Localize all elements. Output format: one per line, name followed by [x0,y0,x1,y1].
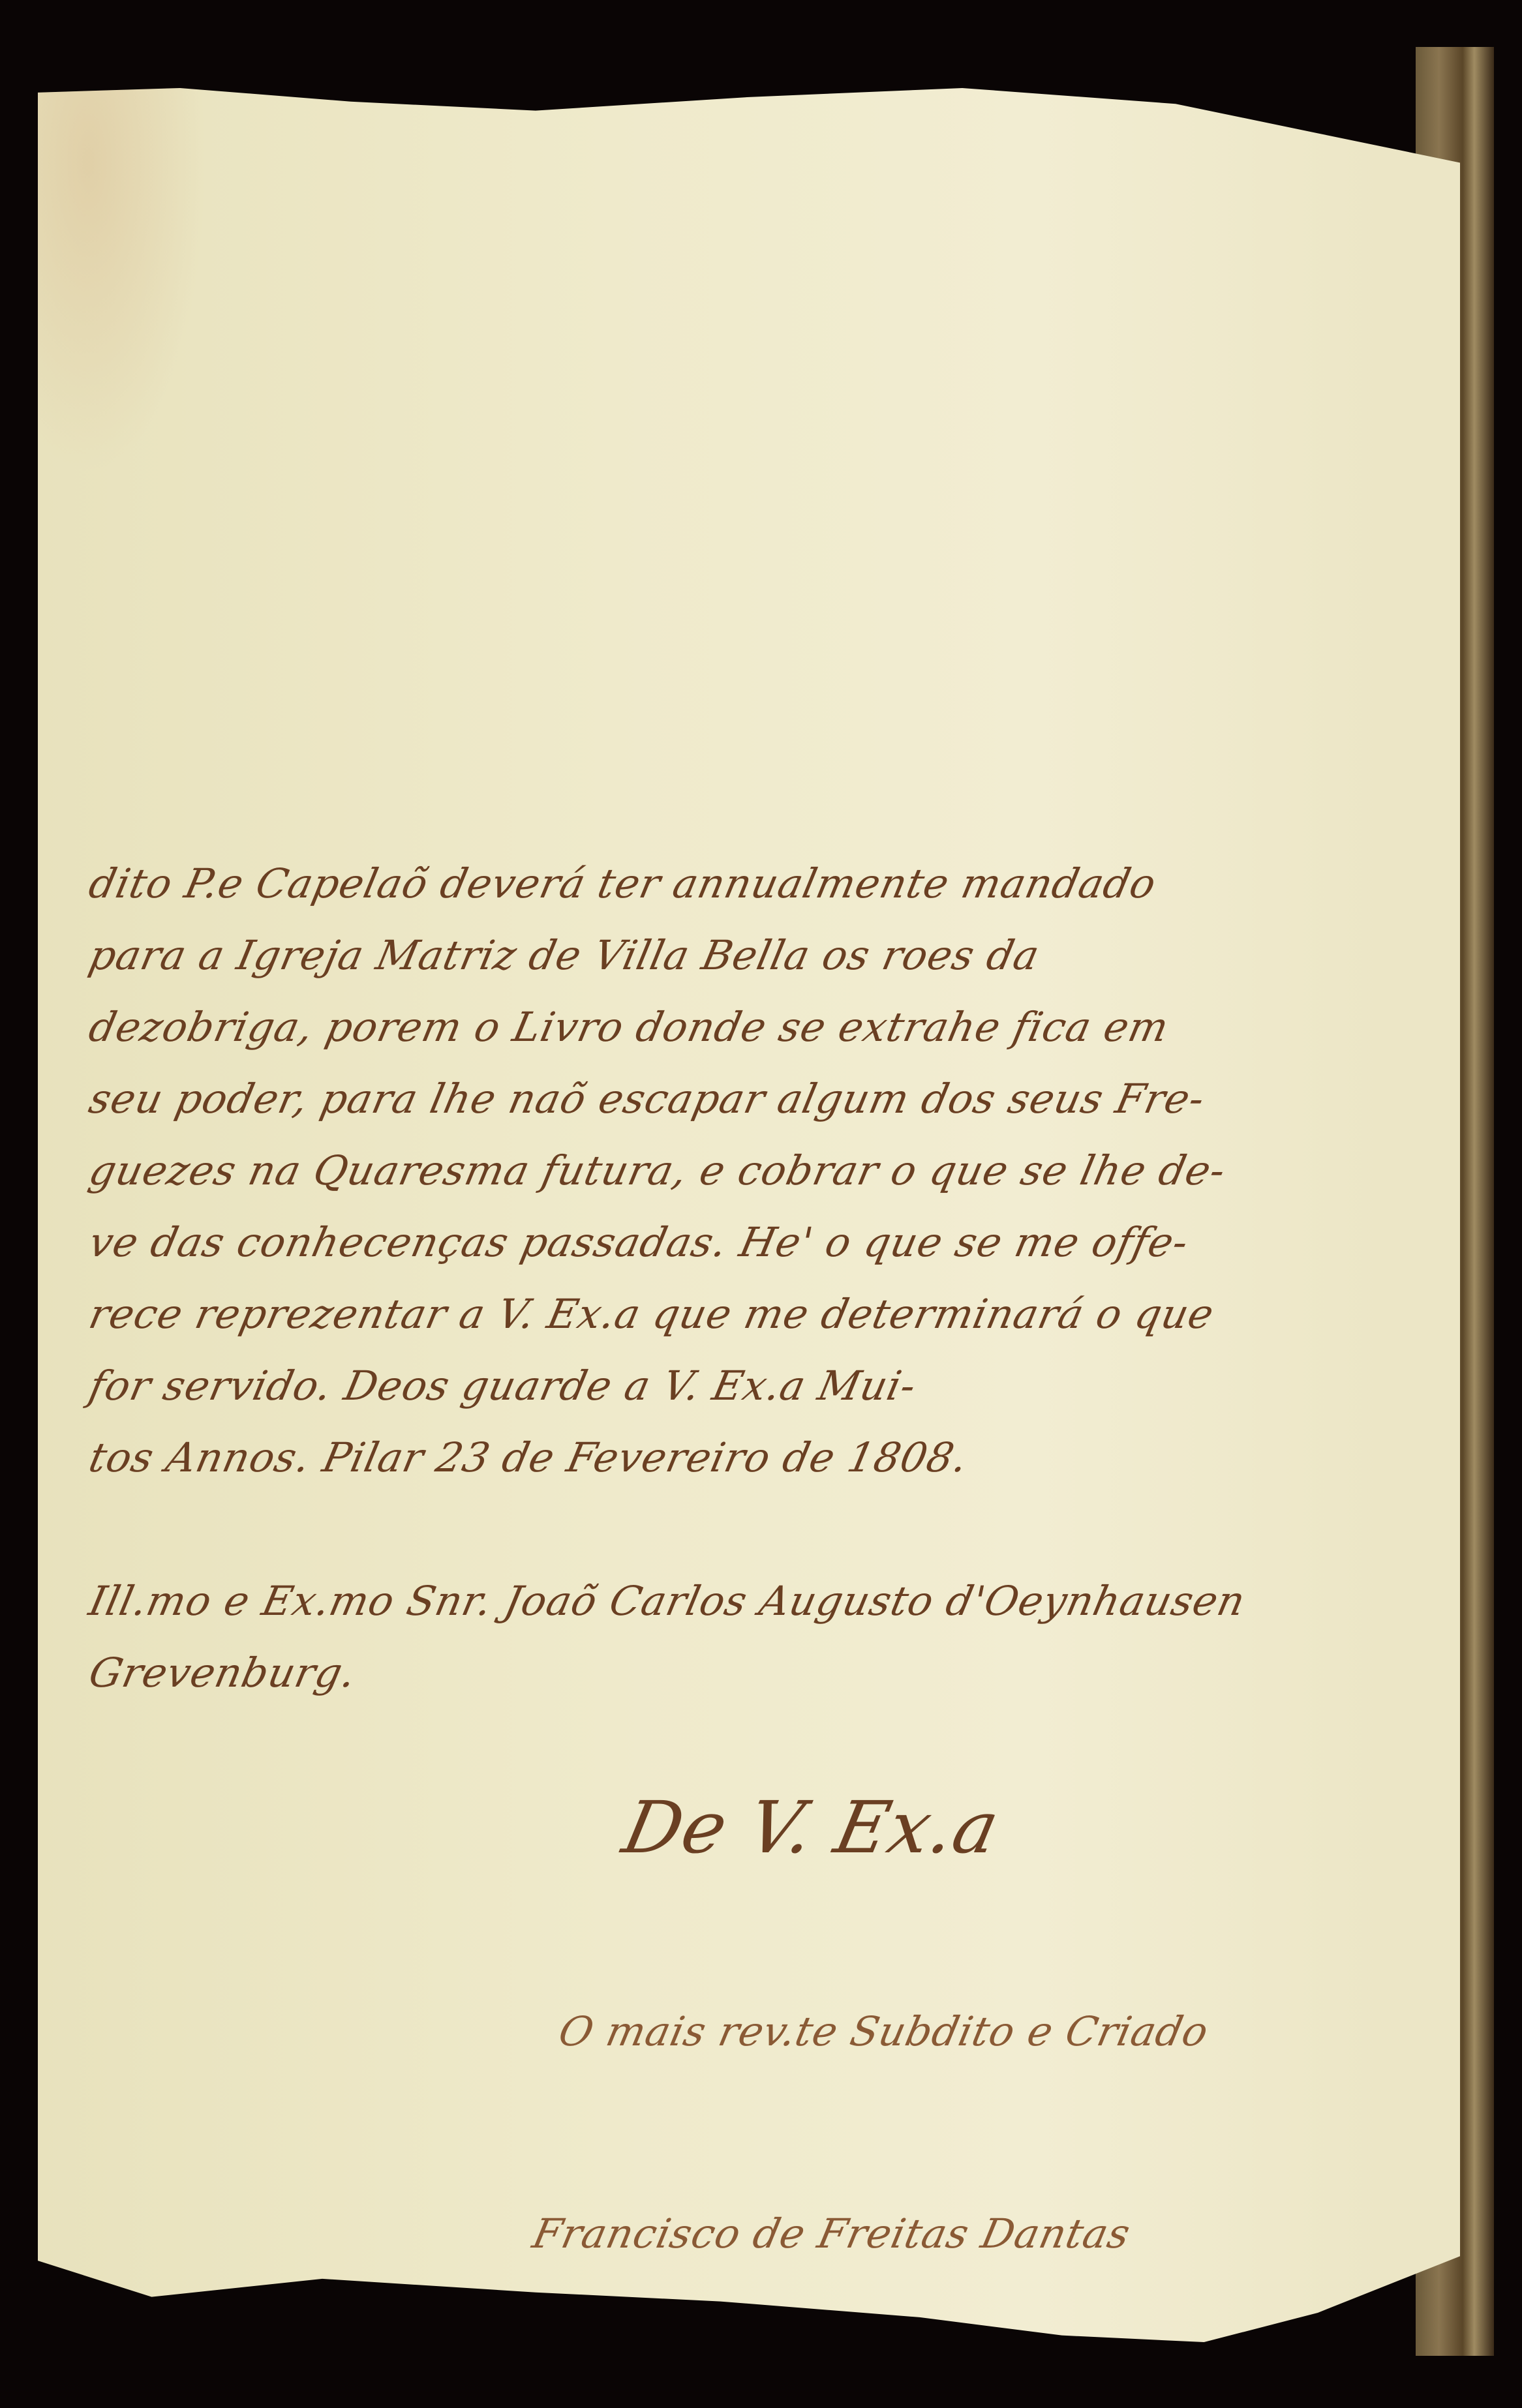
signature: Francisco de Freitas Dantas [528,2210,1134,2257]
body-line-3: dezobriga, porem o Livro donde se extrah… [85,1003,1173,1051]
manuscript-page: dito P.e Capelaõ deverá ter annualmente … [38,83,1460,2347]
body-line-9-date: tos Annos. Pilar 23 de Fevereiro de 1808… [85,1434,972,1481]
closing-phrase: O mais rev.te Subdito e Criado [555,2008,1213,2055]
body-line-8: for servido. Deos guarde a V. Ex.a Mui- [85,1362,921,1409]
body-line-6: ve das conhecenças passadas. He' o que s… [85,1218,1193,1266]
addressee-line-2: Grevenburg. [85,1649,361,1696]
body-line-7: rece reprezentar a V. Ex.a que me determ… [85,1290,1218,1338]
body-line-5: guezes na Quaresma futura, e cobrar o qu… [85,1147,1230,1194]
addressee-line-1: Ill.mo e Ex.mo Snr. Joaõ Carlos Augusto … [85,1577,1249,1625]
closing-salutation: De V. Ex.a [616,1786,1006,1869]
body-line-2: para a Igreja Matriz de Villa Bella os r… [85,931,1044,979]
paper-stain [38,83,207,475]
body-line-1: dito P.e Capelaõ deverá ter annualmente … [85,860,1161,907]
body-line-4: seu poder, para lhe naõ escapar algum do… [85,1075,1209,1122]
